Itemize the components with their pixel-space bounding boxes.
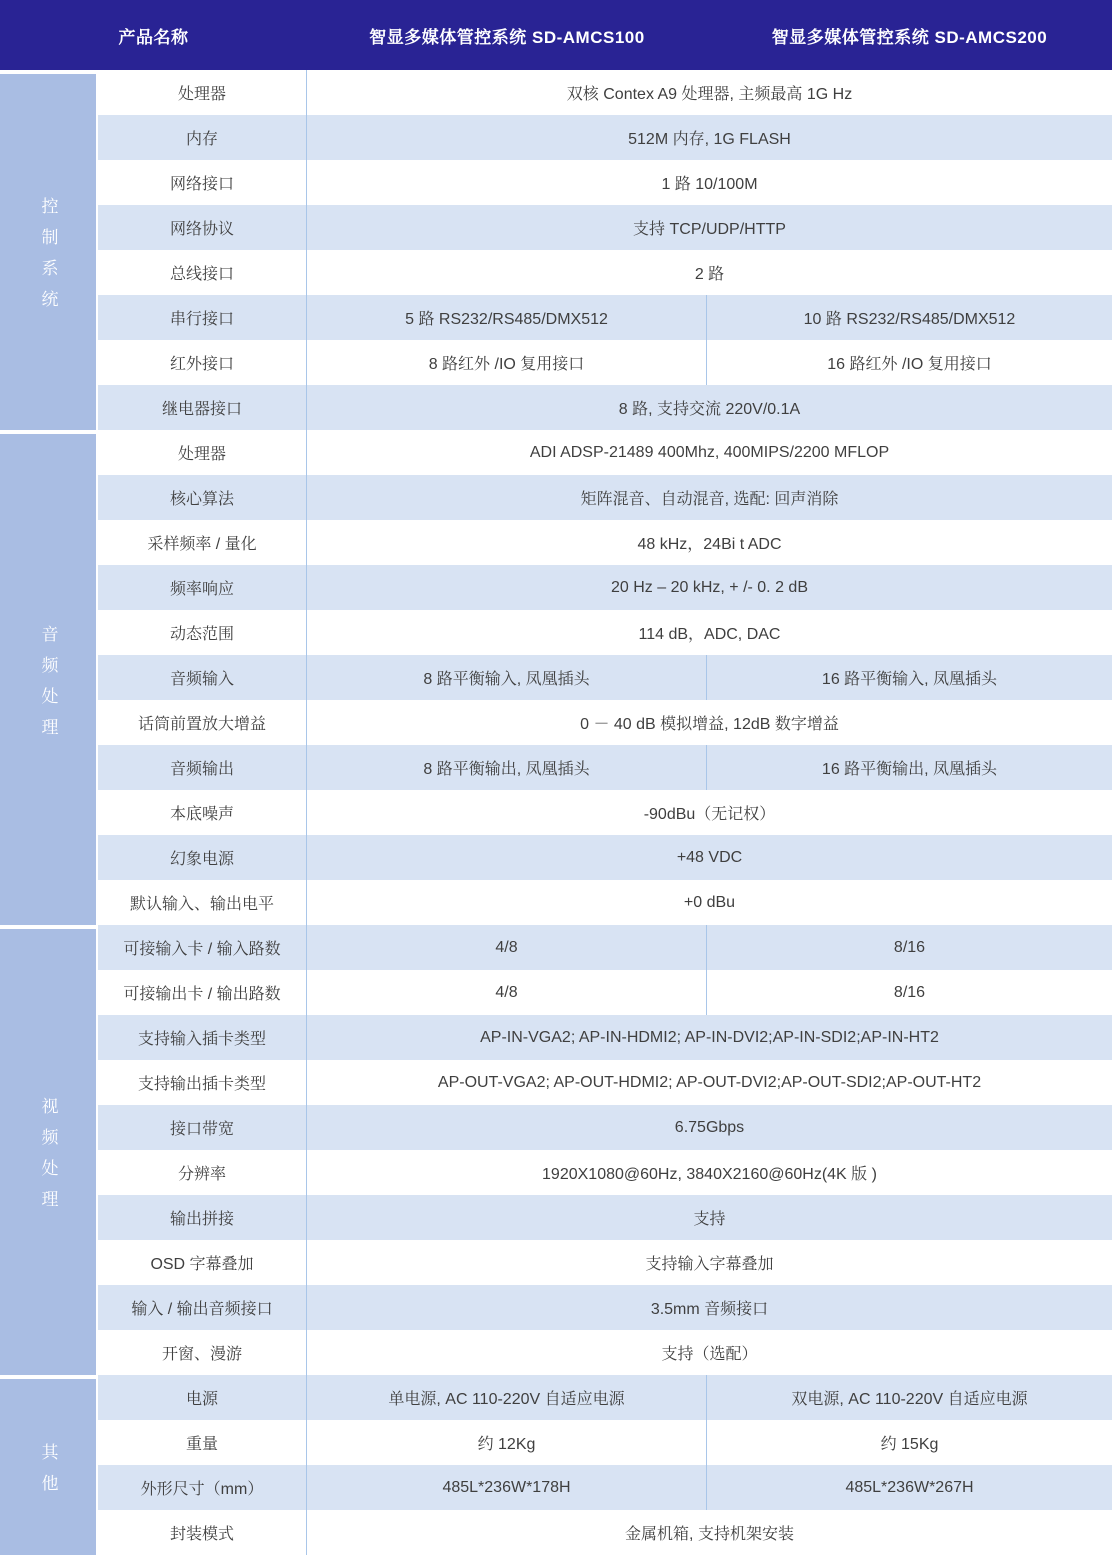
spec-row: 音频输出8 路平衡输出, 凤凰插头16 路平衡输出, 凤凰插头: [98, 745, 1112, 790]
spec-value-shared: 20 Hz – 20 kHz, + /- 0. 2 dB: [307, 565, 1112, 610]
spec-row: 频率响应20 Hz – 20 kHz, + /- 0. 2 dB: [98, 565, 1112, 610]
section-group-cell: 音频处理: [0, 430, 98, 925]
spec-label: 幻象电源: [98, 835, 307, 880]
spec-value-product-2: 10 路 RS232/RS485/DMX512: [707, 295, 1112, 340]
spec-label: 电源: [98, 1375, 307, 1420]
spec-value-shared: 支持: [307, 1195, 1112, 1240]
spec-value-product-1: 8 路红外 /IO 复用接口: [307, 340, 707, 385]
section-group-label: 视频处理: [36, 1083, 61, 1221]
spec-label: 总线接口: [98, 250, 307, 295]
spec-value-shared: 支持（选配）: [307, 1330, 1112, 1375]
spec-row: 红外接口8 路红外 /IO 复用接口16 路红外 /IO 复用接口: [98, 340, 1112, 385]
spec-value-shared: 114 dB，ADC, DAC: [307, 610, 1112, 655]
spec-value-product-2: 16 路红外 /IO 复用接口: [707, 340, 1112, 385]
spec-label: 默认输入、输出电平: [98, 880, 307, 925]
spec-label: 支持输出插卡类型: [98, 1060, 307, 1105]
spec-label: 开窗、漫游: [98, 1330, 307, 1375]
spec-label: 分辨率: [98, 1150, 307, 1195]
spec-row: 总线接口2 路: [98, 250, 1112, 295]
section-rows: 处理器ADI ADSP-21489 400Mhz, 400MIPS/2200 M…: [98, 430, 1112, 925]
spec-value-product-2: 约 15Kg: [707, 1420, 1112, 1465]
spec-label: 输出拼接: [98, 1195, 307, 1240]
spec-value-shared: 1920X1080@60Hz, 3840X2160@60Hz(4K 版 ): [307, 1150, 1112, 1195]
spec-value-shared: 3.5mm 音频接口: [307, 1285, 1112, 1330]
spec-value-shared: ADI ADSP-21489 400Mhz, 400MIPS/2200 MFLO…: [307, 430, 1112, 475]
spec-row: 处理器双核 Contex A9 处理器, 主频最高 1G Hz: [98, 70, 1112, 115]
section-group-cell: 视频处理: [0, 925, 98, 1375]
spec-row: 默认输入、输出电平+0 dBu: [98, 880, 1112, 925]
spec-row: 动态范围114 dB，ADC, DAC: [98, 610, 1112, 655]
spec-row: 音频输入8 路平衡输入, 凤凰插头16 路平衡输入, 凤凰插头: [98, 655, 1112, 700]
spec-row: 幻象电源+48 VDC: [98, 835, 1112, 880]
spec-value-shared: AP-OUT-VGA2; AP-OUT-HDMI2; AP-OUT-DVI2;A…: [307, 1060, 1112, 1105]
header-product-name-label: 产品名称: [0, 0, 307, 70]
spec-value-product-2: 16 路平衡输入, 凤凰插头: [707, 655, 1112, 700]
spec-label: 外形尺寸（mm）: [98, 1465, 307, 1510]
spec-label: 音频输出: [98, 745, 307, 790]
spec-label: 封装模式: [98, 1510, 307, 1555]
spec-value-shared: 1 路 10/100M: [307, 160, 1112, 205]
spec-value-shared: 支持 TCP/UDP/HTTP: [307, 205, 1112, 250]
spec-value-product-2: 双电源, AC 110-220V 自适应电源: [707, 1375, 1112, 1420]
spec-value-shared: 矩阵混音、自动混音, 选配: 回声消除: [307, 475, 1112, 520]
spec-sheet: 产品名称 智显多媒体管控系统 SD-AMCS100 智显多媒体管控系统 SD-A…: [0, 0, 1112, 1556]
header-product-2: 智显多媒体管控系统 SD-AMCS200: [707, 0, 1112, 70]
spec-label: 可接输入卡 / 输入路数: [98, 925, 307, 970]
spec-label: 网络协议: [98, 205, 307, 250]
spec-label: 内存: [98, 115, 307, 160]
spec-value-product-1: 4/8: [307, 970, 707, 1015]
spec-value-shared: +0 dBu: [307, 880, 1112, 925]
spec-row: 支持输出插卡类型AP-OUT-VGA2; AP-OUT-HDMI2; AP-OU…: [98, 1060, 1112, 1105]
section-音频处理: 音频处理处理器ADI ADSP-21489 400Mhz, 400MIPS/22…: [0, 430, 1112, 925]
spec-row: 继电器接口8 路, 支持交流 220V/0.1A: [98, 385, 1112, 430]
spec-label: 可接输出卡 / 输出路数: [98, 970, 307, 1015]
spec-label: 动态范围: [98, 610, 307, 655]
section-rows: 处理器双核 Contex A9 处理器, 主频最高 1G Hz内存512M 内存…: [98, 70, 1112, 430]
header-product-1: 智显多媒体管控系统 SD-AMCS100: [307, 0, 707, 70]
spec-row: 话筒前置放大增益0 － 40 dB 模拟增益, 12dB 数字增益: [98, 700, 1112, 745]
section-rows: 电源单电源, AC 110-220V 自适应电源双电源, AC 110-220V…: [98, 1375, 1112, 1555]
spec-value-product-1: 约 12Kg: [307, 1420, 707, 1465]
spec-label: OSD 字幕叠加: [98, 1240, 307, 1285]
spec-label: 核心算法: [98, 475, 307, 520]
section-group-label: 其他: [36, 1429, 61, 1505]
spec-row: 采样频率 / 量化48 kHz，24Bi t ADC: [98, 520, 1112, 565]
section-视频处理: 视频处理可接输入卡 / 输入路数4/88/16可接输出卡 / 输出路数4/88/…: [0, 925, 1112, 1375]
spec-row: 重量约 12Kg约 15Kg: [98, 1420, 1112, 1465]
spec-value-shared: 512M 内存, 1G FLASH: [307, 115, 1112, 160]
spec-table-body: 控制系统处理器双核 Contex A9 处理器, 主频最高 1G Hz内存512…: [0, 70, 1112, 1555]
spec-label: 串行接口: [98, 295, 307, 340]
spec-value-product-1: 4/8: [307, 925, 707, 970]
spec-value-shared: +48 VDC: [307, 835, 1112, 880]
spec-value-product-1: 8 路平衡输入, 凤凰插头: [307, 655, 707, 700]
spec-row: 接口带宽6.75Gbps: [98, 1105, 1112, 1150]
spec-label: 重量: [98, 1420, 307, 1465]
spec-value-product-1: 485L*236W*178H: [307, 1465, 707, 1510]
section-控制系统: 控制系统处理器双核 Contex A9 处理器, 主频最高 1G Hz内存512…: [0, 70, 1112, 430]
spec-row: 外形尺寸（mm）485L*236W*178H485L*236W*267H: [98, 1465, 1112, 1510]
spec-row: OSD 字幕叠加支持输入字幕叠加: [98, 1240, 1112, 1285]
spec-label: 处理器: [98, 430, 307, 475]
spec-label: 支持输入插卡类型: [98, 1015, 307, 1060]
spec-row: 电源单电源, AC 110-220V 自适应电源双电源, AC 110-220V…: [98, 1375, 1112, 1420]
spec-value-product-2: 485L*236W*267H: [707, 1465, 1112, 1510]
spec-value-shared: AP-IN-VGA2; AP-IN-HDMI2; AP-IN-DVI2;AP-I…: [307, 1015, 1112, 1060]
spec-row: 分辨率1920X1080@60Hz, 3840X2160@60Hz(4K 版 ): [98, 1150, 1112, 1195]
spec-value-shared: -90dBu（无记权）: [307, 790, 1112, 835]
spec-row: 网络接口1 路 10/100M: [98, 160, 1112, 205]
spec-value-shared: 支持输入字幕叠加: [307, 1240, 1112, 1285]
spec-label: 输入 / 输出音频接口: [98, 1285, 307, 1330]
spec-label: 接口带宽: [98, 1105, 307, 1150]
section-group-cell: 其他: [0, 1375, 98, 1555]
spec-value-product-2: 8/16: [707, 925, 1112, 970]
spec-label: 红外接口: [98, 340, 307, 385]
spec-row: 核心算法矩阵混音、自动混音, 选配: 回声消除: [98, 475, 1112, 520]
spec-value-shared: 48 kHz，24Bi t ADC: [307, 520, 1112, 565]
spec-label: 音频输入: [98, 655, 307, 700]
spec-value-product-2: 8/16: [707, 970, 1112, 1015]
section-rows: 可接输入卡 / 输入路数4/88/16可接输出卡 / 输出路数4/88/16支持…: [98, 925, 1112, 1375]
spec-label: 采样频率 / 量化: [98, 520, 307, 565]
spec-value-product-1: 8 路平衡输出, 凤凰插头: [307, 745, 707, 790]
spec-row: 开窗、漫游支持（选配）: [98, 1330, 1112, 1375]
spec-value-shared: 0 － 40 dB 模拟增益, 12dB 数字增益: [307, 700, 1112, 745]
spec-value-product-1: 5 路 RS232/RS485/DMX512: [307, 295, 707, 340]
section-group-label: 控制系统: [36, 183, 61, 321]
spec-row: 支持输入插卡类型AP-IN-VGA2; AP-IN-HDMI2; AP-IN-D…: [98, 1015, 1112, 1060]
spec-row: 输入 / 输出音频接口3.5mm 音频接口: [98, 1285, 1112, 1330]
spec-value-shared: 双核 Contex A9 处理器, 主频最高 1G Hz: [307, 70, 1112, 115]
spec-row: 串行接口5 路 RS232/RS485/DMX51210 路 RS232/RS4…: [98, 295, 1112, 340]
spec-label: 本底噪声: [98, 790, 307, 835]
spec-value-shared: 8 路, 支持交流 220V/0.1A: [307, 385, 1112, 430]
section-其他: 其他电源单电源, AC 110-220V 自适应电源双电源, AC 110-22…: [0, 1375, 1112, 1555]
spec-row: 内存512M 内存, 1G FLASH: [98, 115, 1112, 160]
table-header-row: 产品名称 智显多媒体管控系统 SD-AMCS100 智显多媒体管控系统 SD-A…: [0, 0, 1112, 70]
section-group-label: 音频处理: [36, 611, 61, 749]
spec-label: 频率响应: [98, 565, 307, 610]
spec-label: 处理器: [98, 70, 307, 115]
section-group-cell: 控制系统: [0, 70, 98, 430]
spec-row: 网络协议支持 TCP/UDP/HTTP: [98, 205, 1112, 250]
spec-value-shared: 6.75Gbps: [307, 1105, 1112, 1150]
spec-value-product-1: 单电源, AC 110-220V 自适应电源: [307, 1375, 707, 1420]
spec-row: 封装模式金属机箱, 支持机架安装: [98, 1510, 1112, 1555]
spec-label: 继电器接口: [98, 385, 307, 430]
spec-value-shared: 金属机箱, 支持机架安装: [307, 1510, 1112, 1555]
spec-row: 本底噪声-90dBu（无记权）: [98, 790, 1112, 835]
spec-row: 处理器ADI ADSP-21489 400Mhz, 400MIPS/2200 M…: [98, 430, 1112, 475]
spec-value-shared: 2 路: [307, 250, 1112, 295]
spec-row: 输出拼接支持: [98, 1195, 1112, 1240]
spec-label: 话筒前置放大增益: [98, 700, 307, 745]
spec-row: 可接输出卡 / 输出路数4/88/16: [98, 970, 1112, 1015]
spec-value-product-2: 16 路平衡输出, 凤凰插头: [707, 745, 1112, 790]
spec-row: 可接输入卡 / 输入路数4/88/16: [98, 925, 1112, 970]
spec-label: 网络接口: [98, 160, 307, 205]
